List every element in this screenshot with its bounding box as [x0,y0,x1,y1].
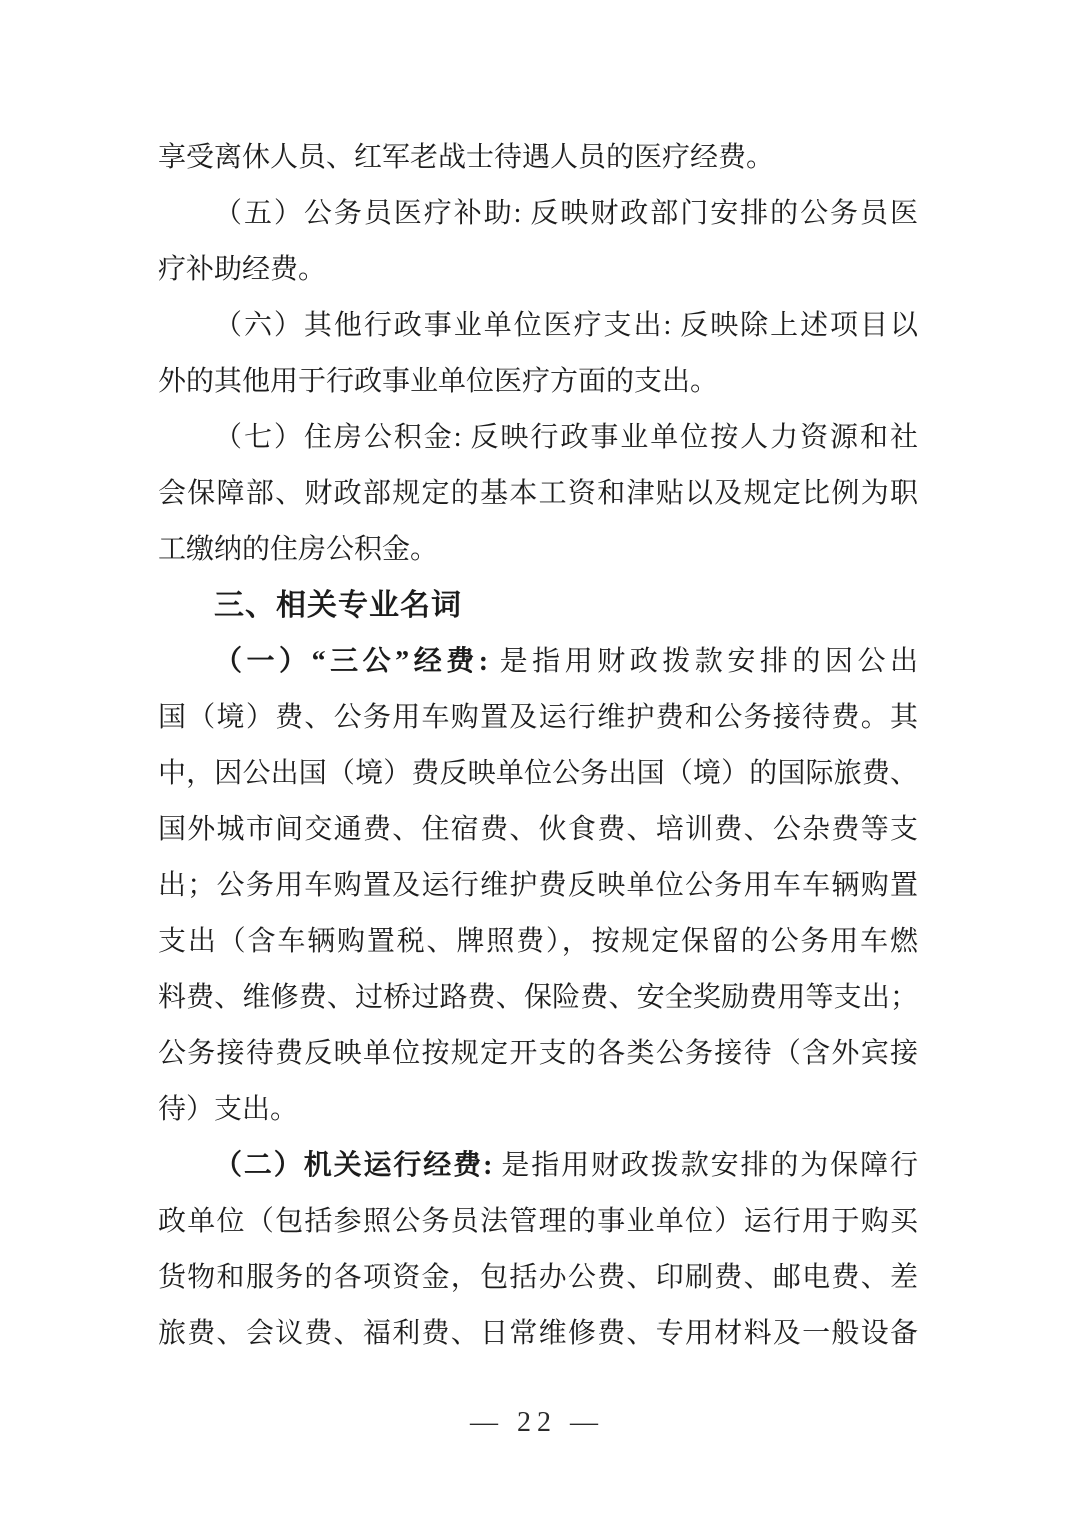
text-run: 国外城市间交通费、住宿费、伙食费、培训费、公杂费等支 [158,814,918,845]
text-line: （一）“三公”经费: 是指用财政拨款安排的因公出 [158,634,918,690]
text-line: （五）公务员医疗补助: 反映财政部门安排的公务员医 [158,186,918,242]
text-run: 中，因公出国（境）费反映单位公务出国（境）的国际旅费、 [158,758,918,789]
section-heading: 三、相关专业名词 [158,578,918,634]
text-line: 国（境）费、公务用车购置及运行维护费和公务接待费。其 [158,690,918,746]
text-line: 政单位（包括参照公务员法管理的事业单位）运行用于购买 [158,1194,918,1250]
bold-text-run: （一）“三公”经费: [214,646,488,677]
text-run: 出；公务用车购置及运行维护费反映单位公务用车车辆购置 [158,870,918,901]
text-run: （七）住房公积金: 反映行政事业单位按人力资源和社 [214,422,918,453]
text-run: 公务接待费反映单位按规定开支的各类公务接待（含外宾接 [158,1038,918,1069]
document-body: 享受离休人员、红军老战士待遇人员的医疗经费。（五）公务员医疗补助: 反映财政部门… [158,130,918,1362]
text-line: 外的其他用于行政事业单位医疗方面的支出。 [158,354,918,410]
text-run: 货物和服务的各项资金，包括办公费、印刷费、邮电费、差 [158,1262,918,1293]
text-line: 国外城市间交通费、住宿费、伙食费、培训费、公杂费等支 [158,802,918,858]
text-line: 会保障部、财政部规定的基本工资和津贴以及规定比例为职 [158,466,918,522]
text-line: 公务接待费反映单位按规定开支的各类公务接待（含外宾接 [158,1026,918,1082]
text-run: 支出（含车辆购置税、牌照费），按规定保留的公务用车燃 [158,926,918,957]
text-run: 是指用财政拨款安排的因公出 [488,646,918,677]
text-line: 出；公务用车购置及运行维护费反映单位公务用车车辆购置 [158,858,918,914]
bold-text-run: （二）机关运行经费: [214,1150,492,1181]
text-line: 货物和服务的各项资金，包括办公费、印刷费、邮电费、差 [158,1250,918,1306]
text-line: 工缴纳的住房公积金。 [158,522,918,578]
text-run: 外的其他用于行政事业单位医疗方面的支出。 [158,366,718,397]
text-run: （五）公务员医疗补助: 反映财政部门安排的公务员医 [214,198,918,229]
text-run: （六）其他行政事业单位医疗支出: 反映除上述项目以 [214,310,918,341]
text-line: 疗补助经费。 [158,242,918,298]
document-page: 享受离休人员、红军老战士待遇人员的医疗经费。（五）公务员医疗补助: 反映财政部门… [0,0,1074,1520]
text-run: 会保障部、财政部规定的基本工资和津贴以及规定比例为职 [158,478,918,509]
text-run: 是指用财政拨款安排的为保障行 [492,1150,918,1181]
text-run: 国（境）费、公务用车购置及运行维护费和公务接待费。其 [158,702,918,733]
text-run: 料费、维修费、过桥过路费、保险费、安全奖励费用等支出； [158,982,918,1013]
text-line: 享受离休人员、红军老战士待遇人员的医疗经费。 [158,130,918,186]
text-line: （七）住房公积金: 反映行政事业单位按人力资源和社 [158,410,918,466]
text-line: 料费、维修费、过桥过路费、保险费、安全奖励费用等支出； [158,970,918,1026]
text-run: 工缴纳的住房公积金。 [158,534,438,565]
text-line: （二）机关运行经费: 是指用财政拨款安排的为保障行 [158,1138,918,1194]
text-line: 支出（含车辆购置税、牌照费），按规定保留的公务用车燃 [158,914,918,970]
text-line: 旅费、会议费、福利费、日常维修费、专用材料及一般设备 [158,1306,918,1362]
page-number: — 22 — [0,1403,1074,1443]
text-run: 政单位（包括参照公务员法管理的事业单位）运行用于购买 [158,1206,918,1237]
text-line: （六）其他行政事业单位医疗支出: 反映除上述项目以 [158,298,918,354]
text-run: 疗补助经费。 [158,254,326,285]
text-run: 待）支出。 [158,1094,298,1125]
text-run: 享受离休人员、红军老战士待遇人员的医疗经费。 [158,142,774,173]
bold-text-run: 三、相关专业名词 [214,589,462,622]
text-line: 待）支出。 [158,1082,918,1138]
text-line: 中，因公出国（境）费反映单位公务出国（境）的国际旅费、 [158,746,918,802]
text-run: 旅费、会议费、福利费、日常维修费、专用材料及一般设备 [158,1318,918,1349]
